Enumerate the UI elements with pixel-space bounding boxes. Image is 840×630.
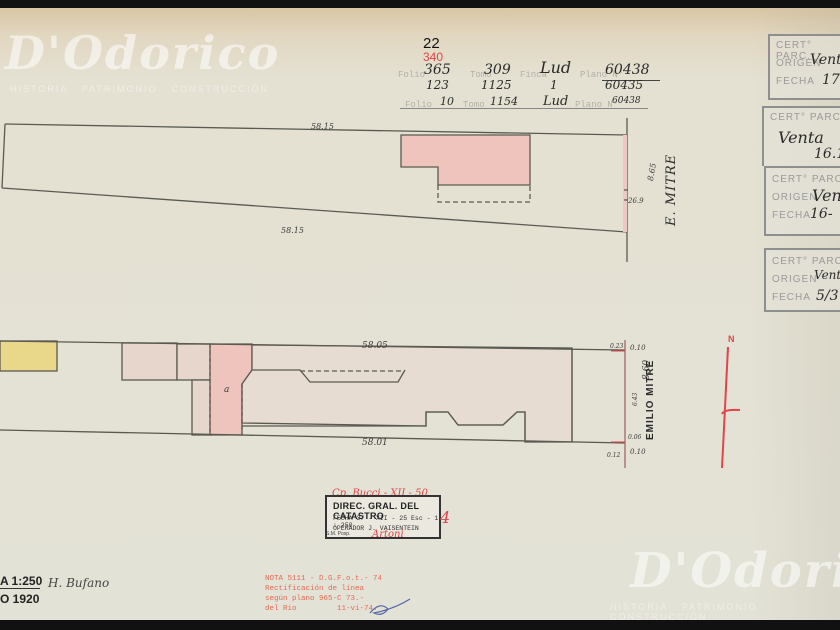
- middle-mark: 0.06: [628, 434, 641, 441]
- stamp-small-note: S.M. Posp.: [326, 531, 350, 537]
- year-label: O 1920: [0, 592, 39, 606]
- scale-label: A 1:250: [0, 574, 42, 588]
- parcel-label-a: a: [224, 385, 229, 395]
- lower-street-name: EMILIO MITRE: [645, 360, 656, 440]
- rectification-note: NOTA 5111 - D.G.F.o.t.- 74 Rectificación…: [265, 574, 382, 614]
- stamp-red-mark: 4: [440, 508, 450, 527]
- lower-plot: [0, 340, 625, 468]
- upper-top-length: 58.15: [311, 122, 334, 131]
- lower-bottom-length: 58.01: [362, 438, 388, 448]
- lower-top-length: 58.05: [362, 341, 388, 351]
- corner-right-top: 0.10: [630, 344, 646, 352]
- upper-bottom-length: 58.15: [281, 226, 304, 235]
- cadastral-sheet: D'Odorico HISTORIA · PATRIMONIO · CONSTR…: [0, 8, 840, 621]
- corner-left-bottom: 0.12: [607, 452, 620, 459]
- north-label: N: [728, 334, 735, 344]
- corner-left-top: 0.23: [610, 343, 623, 350]
- upper-street-name: E. MITRE: [664, 154, 679, 226]
- corner-right-bottom: 0.10: [630, 448, 646, 456]
- upper-frontage-detail: 26.9: [628, 197, 644, 205]
- bottom-border: [0, 620, 840, 630]
- lower-frontage-small: 6.43: [632, 393, 639, 406]
- signature: H. Bufano: [48, 576, 109, 590]
- north-arrow-icon: [722, 347, 740, 468]
- scale-rule: [0, 588, 40, 589]
- stamp-bottom-handwritten: Artoni: [372, 529, 404, 540]
- upper-plot: [2, 118, 628, 262]
